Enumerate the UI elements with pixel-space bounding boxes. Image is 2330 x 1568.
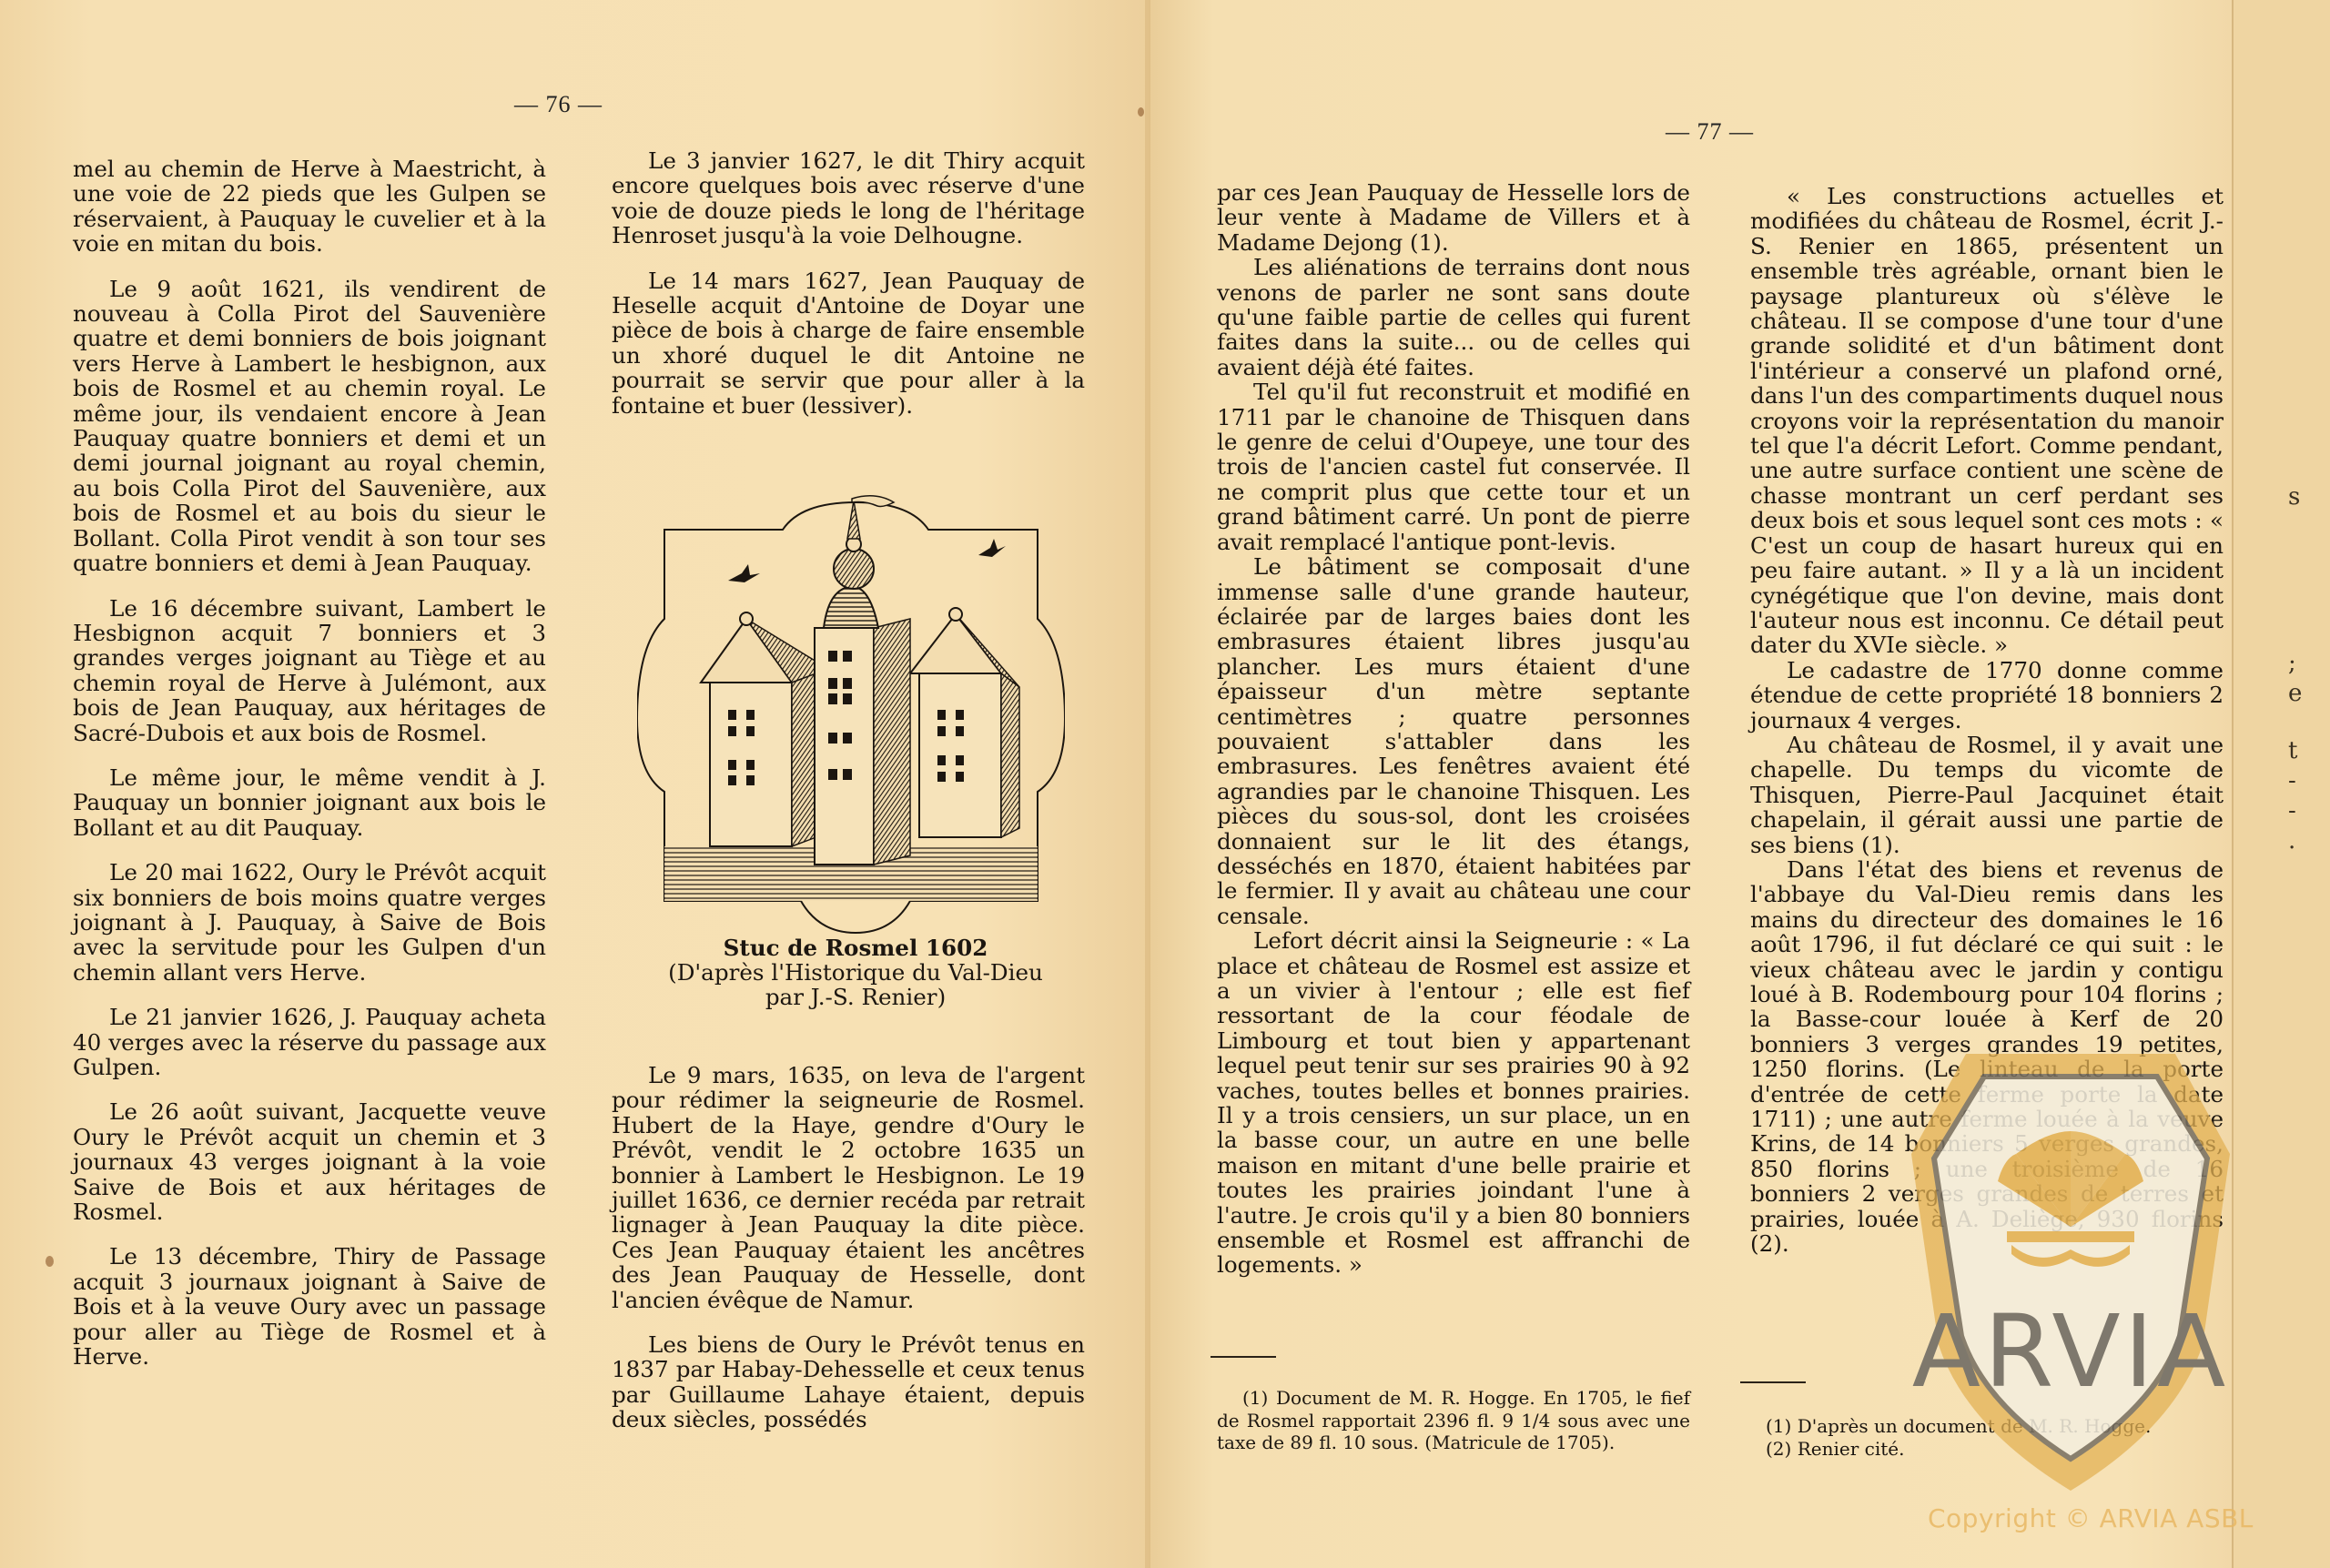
page-76-column-1: mel au chemin de Herve à Maestricht, à u… [73, 157, 546, 1369]
paragraph: Le 13 décembre, Thiry de Passage acquit … [73, 1244, 546, 1369]
paragraph: Les biens de Oury le Prévôt tenus en 183… [612, 1332, 1085, 1432]
caption-source: (D'après l'Historique du Val-Dieu [619, 960, 1092, 985]
figure-caption: Stuc de Rosmel 1602 (D'après l'Historiqu… [619, 936, 1092, 1009]
paragraph: Au château de Rosmel, il y avait une cha… [1750, 733, 2224, 857]
page-77-column-2-footnotes: (1) D'après un document de M. R. Hogge. … [1740, 1415, 2213, 1460]
paragraph: Le 26 août suivant, Jacquette veuve Oury… [73, 1099, 546, 1224]
castle-illustration-icon [637, 482, 1065, 937]
footnote: (2) Renier cité. [1740, 1438, 2213, 1461]
paragraph: Le 16 décembre suivant, Lambert le Hesbi… [73, 596, 546, 745]
caption-author: par J.-S. Renier) [619, 985, 1092, 1009]
paragraph: « Les constructions actuelles et modifié… [1750, 184, 2224, 658]
book-gutter [1145, 0, 1150, 1568]
edge-glyph: t [2288, 736, 2315, 766]
caption-title: Stuc de Rosmel 1602 [619, 936, 1092, 960]
next-page-edge: s ; e t - - . [2232, 0, 2330, 1568]
paragraph: par ces Jean Pauquay de Hesselle lors de… [1217, 180, 1690, 255]
page-77-column-2: « Les constructions actuelles et modifié… [1750, 184, 2224, 1256]
edge-glyph: ; [2288, 649, 2315, 679]
paragraph: Tel qu'il fut reconstruit et modifié en … [1217, 379, 1690, 554]
edge-glyph: - [2288, 796, 2315, 826]
castle-engraving-figure [637, 482, 1065, 937]
paragraph: Le 21 janvier 1626, J. Pauquay acheta 40… [73, 1005, 546, 1079]
footnote: (1) Document de M. R. Hogge. En 1705, le… [1217, 1387, 1690, 1454]
next-page-edge-glyphs: s ; e t - - . [2288, 482, 2315, 856]
page-77-column-1: par ces Jean Pauquay de Hesselle lors de… [1217, 180, 1690, 1278]
paragraph: Le même jour, le même vendit à J. Pauqua… [73, 765, 546, 840]
paragraph: Le bâtiment se composait d'une immense s… [1217, 554, 1690, 928]
book-spread: s ; e t - - . — 76 — — 77 — mel au chemi… [0, 0, 2330, 1568]
footnote-rule [1740, 1381, 1806, 1383]
paragraph: Le 9 mars, 1635, on leva de l'argent pou… [612, 1063, 1085, 1312]
copyright-watermark: Copyright © ARVIA ASBL [1928, 1503, 2254, 1533]
paragraph: Le 3 janvier 1627, le dit Thiry acquit e… [612, 148, 1085, 248]
page-number-76: — 76 — [514, 91, 603, 118]
paragraph: Le 20 mai 1622, Oury le Prévôt acquit si… [73, 860, 546, 985]
paper-stain [1138, 107, 1144, 116]
page-number-77: — 77 — [1666, 118, 1754, 146]
paragraph: Dans l'état des biens et revenus de l'ab… [1750, 857, 2224, 1257]
edge-glyph: e [2288, 679, 2315, 709]
paragraph: Le 9 août 1621, ils vendirent de nouveau… [73, 277, 546, 576]
paragraph: Les aliénations de terrains dont nous ve… [1217, 255, 1690, 379]
paragraph: mel au chemin de Herve à Maestricht, à u… [73, 157, 546, 257]
paragraph: Le 14 mars 1627, Jean Pauquay de Heselle… [612, 268, 1085, 418]
paragraph: Le cadastre de 1770 donne comme étendue … [1750, 658, 2224, 733]
page-76-column-2-top: Le 3 janvier 1627, le dit Thiry acquit e… [612, 148, 1085, 418]
paragraph: Lefort décrit ainsi la Seigneurie : « La… [1217, 928, 1690, 1278]
edge-glyph: - [2288, 766, 2315, 796]
edge-glyph: s [2288, 482, 2315, 512]
page-77-column-1-footnotes: (1) Document de M. R. Hogge. En 1705, le… [1217, 1387, 1690, 1454]
page-76-column-2-bottom: Le 9 mars, 1635, on leva de l'argent pou… [612, 1063, 1085, 1432]
paper-stain [46, 1256, 54, 1267]
edge-glyph: . [2288, 826, 2315, 856]
footnote: (1) D'après un document de M. R. Hogge. [1740, 1415, 2213, 1438]
footnote-rule [1211, 1356, 1276, 1358]
